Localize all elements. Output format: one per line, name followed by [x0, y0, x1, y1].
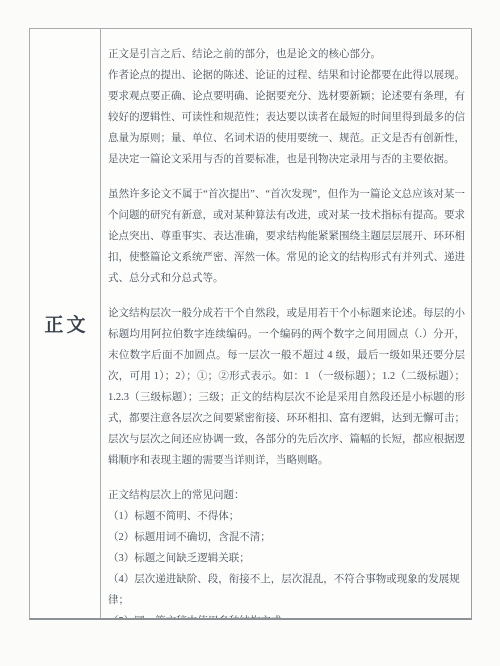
problem-list: 正文结构层次上的常见问题： （1）标题不简明、不得体； （2）标题用词不确切，含… [108, 485, 465, 618]
content-cell: 正文是引言之后、结论之前的部分，也是论文的核心部分。 作者论点的提出、论据的陈述… [101, 29, 471, 618]
problems-heading: 正文结构层次上的常见问题： [108, 485, 465, 506]
row-header-cell: 正文 [30, 29, 101, 618]
paragraph-structure-levels: 论文结构层次一般分成若干个自然段，或是用若干个小标题来论述。每层的小标题均用阿拉… [108, 303, 465, 471]
document-table: 正文 正文是引言之后、结论之前的部分，也是论文的核心部分。 作者论点的提出、论据… [29, 28, 472, 620]
problem-item-4: （4）层次递进缺阶、段，衔接不上，层次混乱，不符合事物或现象的发展规律； [108, 569, 465, 611]
paragraph-requirements: 作者论点的提出、论据的陈述、论证的过程、结果和讨论都要在此得以展现。要求观点要正… [108, 65, 465, 170]
problem-item-3: （3）标题之间缺乏逻辑关联； [108, 548, 465, 569]
problem-item-5: （5）同一篇文稿中使用多种结构方式。 [108, 611, 465, 618]
paragraph-innovation: 虽然许多论文不属于“首次提出”、“首次发现”，但作为一篇论文总应该对某一个问题的… [108, 184, 465, 289]
row-label-zhengwen: 正文 [41, 310, 88, 337]
paragraph-intro: 正文是引言之后、结论之前的部分，也是论文的核心部分。 [108, 44, 465, 65]
problem-item-1: （1）标题不简明、不得体； [108, 506, 465, 527]
problem-item-2: （2）标题用词不确切，含混不清； [108, 527, 465, 548]
